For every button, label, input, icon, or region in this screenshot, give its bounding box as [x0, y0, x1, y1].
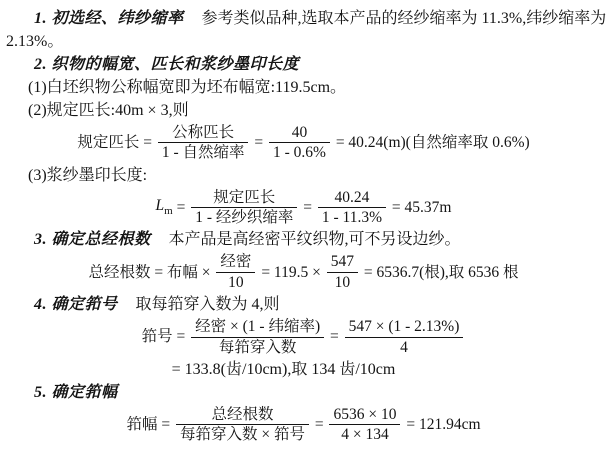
section-2-item-1: (1)白坯织物公称幅宽即为坯布幅宽:119.5cm。 [6, 76, 601, 99]
formula4-equals: = [326, 328, 343, 345]
formula2-equals: = [299, 199, 316, 216]
formula5-equals: = [311, 416, 328, 433]
section-1-text-continuation: 2.13%。 [6, 30, 601, 53]
formula3-fraction-symbolic: 经密 10 [216, 253, 255, 291]
section-2-heading: 2. 织物的幅宽、匹长和浆纱墨印长度 [34, 56, 299, 73]
formula-reed-width: 筘幅 = 总经根数 每筘穿入数 × 筘号 = 6536 × 10 4 × 134… [6, 406, 601, 444]
formula5-fraction-symbolic: 总经根数 每筘穿入数 × 筘号 [176, 406, 309, 444]
formula5-lhs: 筘幅 = [126, 416, 174, 433]
formula4-fraction-numeric: 547 × (1 - 2.13%) 4 [345, 318, 464, 356]
formula1-equals: = [250, 134, 267, 151]
formula1-frac2-denominator: 1 - 0.6% [269, 142, 330, 161]
formula2-frac2-numerator: 40.24 [318, 189, 386, 207]
formula1-result: = 40.24(m)(自然缩率取 0.6%) [332, 134, 530, 151]
formula1-fraction-numeric: 40 1 - 0.6% [269, 124, 330, 162]
section-1-line: 1. 初选经、纬纱缩率 参考类似品种,选取本产品的经纱缩率为 11.3%,纬纱缩… [6, 7, 601, 30]
formula2-frac2-denominator: 1 - 11.3% [318, 207, 386, 226]
formula4-frac1-denominator: 每筘穿入数 [191, 337, 324, 356]
section-2-item-2: (2)规定匹长:40m × 3,则 [6, 99, 601, 122]
formula5-result: = 121.94cm [402, 416, 480, 433]
formula2-variable-letter: L [156, 197, 165, 214]
formula3-lhs: 总经根数 = 布幅 × [88, 264, 214, 281]
formula3-result: = 6536.7(根),取 6536 根 [360, 264, 519, 281]
section-5-line: 5. 确定筘幅 [6, 381, 601, 404]
formula3-equals: = 119.5 × [257, 264, 324, 281]
formula5-frac1-denominator: 每筘穿入数 × 筘号 [176, 424, 309, 443]
formula-reed-number-result: = 133.8(齿/10cm),取 134 齿/10cm [6, 358, 601, 381]
formula2-fraction-symbolic: 规定匹长 1 - 经纱织缩率 [191, 189, 297, 227]
section-1-text: 参考类似品种,选取本产品的经纱缩率为 11.3%,纬纱缩率为 [202, 10, 607, 27]
section-3-text: 本产品是高经密平纹织物,可不另设边纱。 [169, 231, 461, 248]
section-5-heading: 5. 确定筘幅 [34, 384, 118, 401]
section-2-item-3: (3)浆纱墨印长度: [6, 164, 601, 187]
formula1-frac1-denominator: 1 - 自然缩率 [158, 142, 249, 161]
formula-reed-number: 筘号 = 经密 × (1 - 纬缩率) 每筘穿入数 = 547 × (1 - 2… [6, 318, 601, 356]
section-1-heading: 1. 初选经、纬纱缩率 [34, 10, 184, 27]
section-3-line: 3. 确定总经根数 本产品是高经密平纹织物,可不另设边纱。 [6, 228, 601, 251]
formula5-frac1-numerator: 总经根数 [176, 406, 309, 424]
section-4-line: 4. 确定筘号 取每筘穿入数为 4,则 [6, 293, 601, 316]
formula2-frac1-numerator: 规定匹长 [191, 189, 297, 207]
formula4-frac1-numerator: 经密 × (1 - 纬缩率) [191, 318, 324, 336]
formula-specified-piece-length: 规定匹长 = 公称匹长 1 - 自然缩率 = 40 1 - 0.6% = 40.… [6, 124, 601, 162]
formula1-frac2-numerator: 40 [269, 124, 330, 142]
formula2-variable-subscript: m [164, 205, 173, 217]
formula4-fraction-symbolic: 经密 × (1 - 纬缩率) 每筘穿入数 [191, 318, 324, 356]
formula1-fraction-symbolic: 公称匹长 1 - 自然缩率 [158, 124, 249, 162]
formula4-frac2-numerator: 547 × (1 - 2.13%) [345, 318, 464, 336]
section-2-line: 2. 织物的幅宽、匹长和浆纱墨印长度 [6, 53, 601, 76]
formula3-frac2-denominator: 10 [327, 272, 358, 291]
formula5-frac2-numerator: 6536 × 10 [329, 406, 400, 424]
formula5-frac2-denominator: 4 × 134 [329, 424, 400, 443]
formula3-fraction-numeric: 547 10 [327, 253, 358, 291]
formula1-lhs: 规定匹长 = [77, 134, 156, 151]
formula4-lhs: 筘号 = [142, 328, 190, 345]
formula5-fraction-numeric: 6536 × 10 4 × 134 [329, 406, 400, 444]
section-3-heading: 3. 确定总经根数 [34, 231, 151, 248]
formula3-frac2-numerator: 547 [327, 253, 358, 271]
formula-total-warp-ends: 总经根数 = 布幅 × 经密 10 = 119.5 × 547 10 = 653… [6, 253, 601, 291]
formula3-frac1-numerator: 经密 [216, 253, 255, 271]
formula2-result: = 45.37m [388, 199, 451, 216]
formula2-fraction-numeric: 40.24 1 - 11.3% [318, 189, 386, 227]
formula3-frac1-denominator: 10 [216, 272, 255, 291]
formula2-variable: Lm [156, 197, 173, 217]
formula1-frac1-numerator: 公称匹长 [158, 124, 249, 142]
formula2-equals-0: = [173, 199, 190, 216]
formula4-frac2-denominator: 4 [345, 337, 464, 356]
section-4-heading: 4. 确定筘号 [34, 296, 118, 313]
section-4-text: 取每筘穿入数为 4,则 [136, 296, 280, 313]
formula-sizing-mark-length: Lm = 规定匹长 1 - 经纱织缩率 = 40.24 1 - 11.3% = … [6, 189, 601, 227]
formula2-frac1-denominator: 1 - 经纱织缩率 [191, 207, 297, 226]
document-page: 1. 初选经、纬纱缩率 参考类似品种,选取本产品的经纱缩率为 11.3%,纬纱缩… [0, 0, 609, 452]
